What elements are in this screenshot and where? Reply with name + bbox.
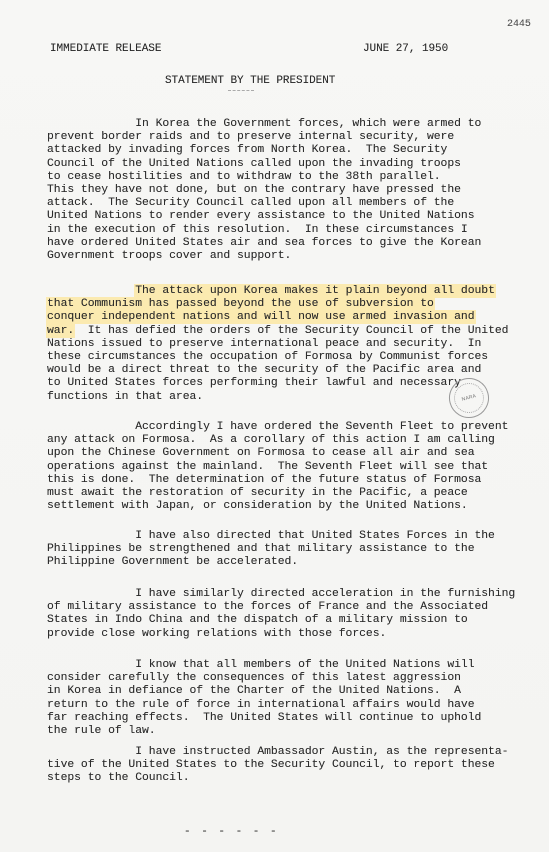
text-line: Accordingly I have ordered the Seventh F… [47,421,508,434]
text-line: tive of the United States to the Securit… [47,759,508,772]
text-line: of military assistance to the forces of … [47,601,515,614]
text-line: in the execution of this resolution. In … [47,224,481,237]
text-line: I know that all members of the United Na… [47,659,481,672]
text-line: these circumstances the occupation of Fo… [47,351,508,364]
text-line: war. It has defied the orders of the Sec… [47,325,508,338]
text-line: this is done. The determination of the f… [47,474,508,487]
text-line: In Korea the Government forces, which we… [47,118,481,131]
text-line: in Korea in defiance of the Charter of t… [47,685,481,698]
release-label: IMMEDIATE RELEASE [50,43,161,56]
text-line: must await the restoration of security i… [47,487,508,500]
text-line: Nations issued to preserve international… [47,338,508,351]
title-underline [228,90,254,91]
text-line: attacked by invading forces from North K… [47,144,481,157]
highlighted-text: war. [47,325,74,337]
text-line: far reaching effects. The United States … [47,712,481,725]
text-line: provide close working relations with tho… [47,628,515,641]
paragraph-communism-attack: The attack upon Korea makes it plain bey… [47,285,508,404]
paragraph-united-nations: I know that all members of the United Na… [47,659,481,738]
text-line: upon the Chinese Government on Formosa t… [47,447,508,460]
text-line: would be a direct threat to the security… [47,364,508,377]
text-line: any attack on Formosa. As a corollary of… [47,434,508,447]
paragraph-philippines: I have also directed that United States … [47,530,495,570]
paragraph-indo-china: I have similarly directed acceleration i… [47,588,515,641]
highlighted-text: conquer independent nations and will now… [47,311,475,323]
highlighted-text: The attack upon Korea makes it plain bey… [135,285,495,297]
text-line: to United States forces performing their… [47,377,508,390]
highlighted-text: that Communism has passed beyond the use… [47,298,434,310]
text-line: Council of the United Nations called upo… [47,158,481,171]
end-mark: - - - - - - [184,826,279,839]
text-line: functions in that area. [47,391,508,404]
text-line: have ordered United States air and sea f… [47,237,481,250]
text-line: United Nations to render every assistanc… [47,210,481,223]
stamp-text: NARA [461,393,477,403]
text-line: The attack upon Korea makes it plain bey… [47,285,508,298]
text-line: I have instructed Ambassador Austin, as … [47,746,508,759]
text-line: to cease hostilities and to withdraw to … [47,171,481,184]
paragraph-korea-forces: In Korea the Government forces, which we… [47,118,481,263]
text-line: operations against the mainland. The Sev… [47,461,508,474]
page-number: 2445 [507,18,531,31]
text-line: return to the rule of force in internati… [47,699,481,712]
text-line: Philippine Government be accelerated. [47,556,495,569]
text-line: I have similarly directed acceleration i… [47,588,515,601]
text-line: attack. The Security Council called upon… [47,197,481,210]
document-page: 2445 IMMEDIATE RELEASE JUNE 27, 1950 STA… [0,0,549,852]
release-date: JUNE 27, 1950 [363,43,448,56]
text-line: steps to the Council. [47,772,508,785]
text-line: settlement with Japan, or consideration … [47,500,508,513]
text-line: conquer independent nations and will now… [47,311,508,324]
text-line: This they have not done, but on the cont… [47,184,481,197]
text-line: States in Indo China and the dispatch of… [47,614,515,627]
document-title: STATEMENT BY THE PRESIDENT [165,75,335,88]
text-line: prevent border raids and to preserve int… [47,131,481,144]
text-line: that Communism has passed beyond the use… [47,298,508,311]
paragraph-seventh-fleet: Accordingly I have ordered the Seventh F… [47,421,508,513]
text-line: I have also directed that United States … [47,530,495,543]
text-line: consider carefully the consequences of t… [47,672,481,685]
text-line: Government troops cover and support. [47,250,481,263]
text-line: the rule of law. [47,725,481,738]
text-line: Philippines be strengthened and that mil… [47,543,495,556]
paragraph-ambassador-austin: I have instructed Ambassador Austin, as … [47,746,508,786]
